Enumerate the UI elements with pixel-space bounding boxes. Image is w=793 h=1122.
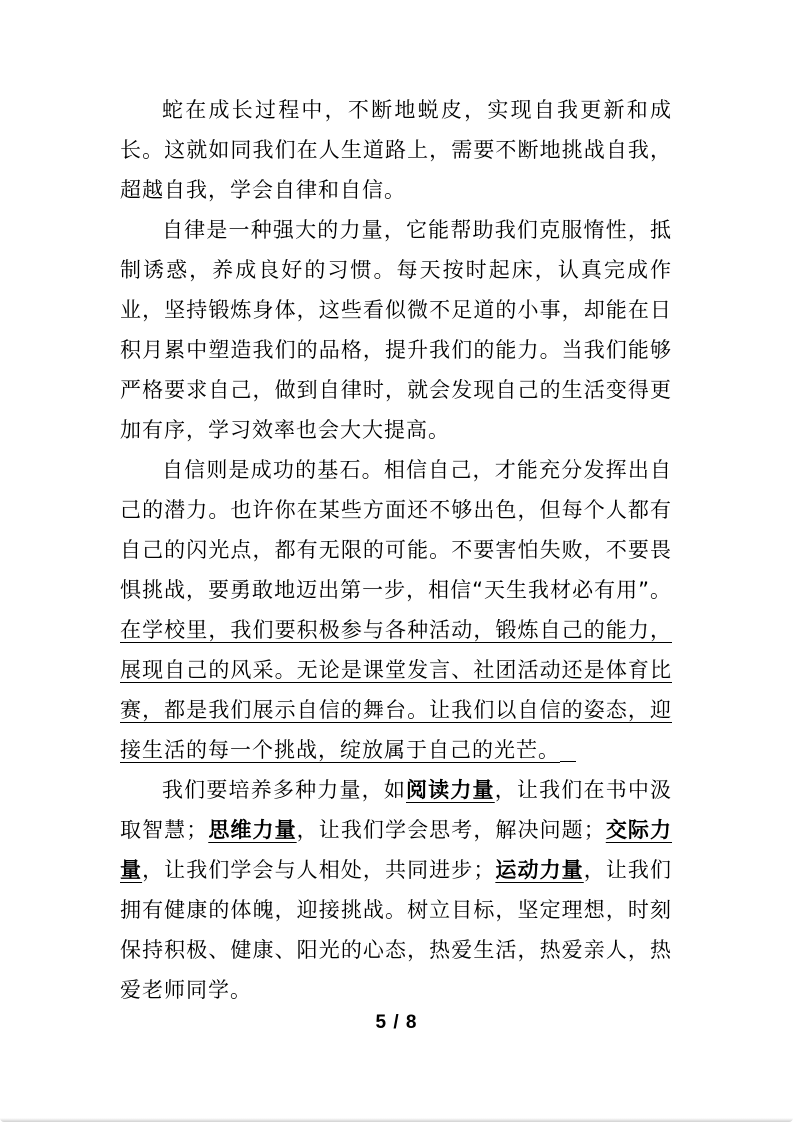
paragraph-4: 我们要培养多种力量，如阅读力量，让我们在书中汲取智慧；思维力量，让我们学会思考，… — [120, 770, 672, 1010]
paragraph-2: 自律是一种强大的力量，它能帮助我们克服惰性，抵制诱惑，养成良好的习惯。每天按时起… — [120, 210, 672, 450]
text-run: ，让我们学会思考，解决问题； — [297, 818, 606, 842]
text-run: 蛇在成长过程中，不断地蜕皮，实现自我更新和成长。这就如同我们在人生道路上，需要不… — [120, 98, 672, 202]
keyword-reading-power: 阅读力量 — [406, 778, 495, 802]
page-number: 5 / 8 — [0, 1008, 793, 1038]
text-run: 自律是一种强大的力量，它能帮助我们克服惰性，抵制诱惑，养成良好的习惯。每天按时起… — [120, 218, 672, 442]
underline-tail — [560, 761, 576, 762]
page-shadow — [0, 1118, 793, 1122]
paragraph-1: 蛇在成长过程中，不断地蜕皮，实现自我更新和成长。这就如同我们在人生道路上，需要不… — [120, 90, 672, 210]
text-run: 自信则是成功的基石。相信自己，才能充分发挥出自己的潜力。也许你在某些方面还不够出… — [120, 458, 672, 602]
underlined-text-run: 在学校里，我们要积极参与各种活动，锻炼自己的能力，展现自己的风采。无论是课堂发言… — [120, 618, 672, 762]
paragraph-3: 自信则是成功的基石。相信自己，才能充分发挥出自己的潜力。也许你在某些方面还不够出… — [120, 450, 672, 770]
text-run: ，让我们学会与人相处，共同进步； — [142, 858, 495, 882]
document-page: 蛇在成长过程中，不断地蜕皮，实现自我更新和成长。这就如同我们在人生道路上，需要不… — [0, 0, 793, 1122]
keyword-sport-power: 运动力量 — [495, 858, 583, 882]
text-run: 我们要培养多种力量，如 — [162, 778, 406, 802]
keyword-thinking-power: 思维力量 — [208, 818, 296, 842]
document-body: 蛇在成长过程中，不断地蜕皮，实现自我更新和成长。这就如同我们在人生道路上，需要不… — [120, 90, 672, 1010]
